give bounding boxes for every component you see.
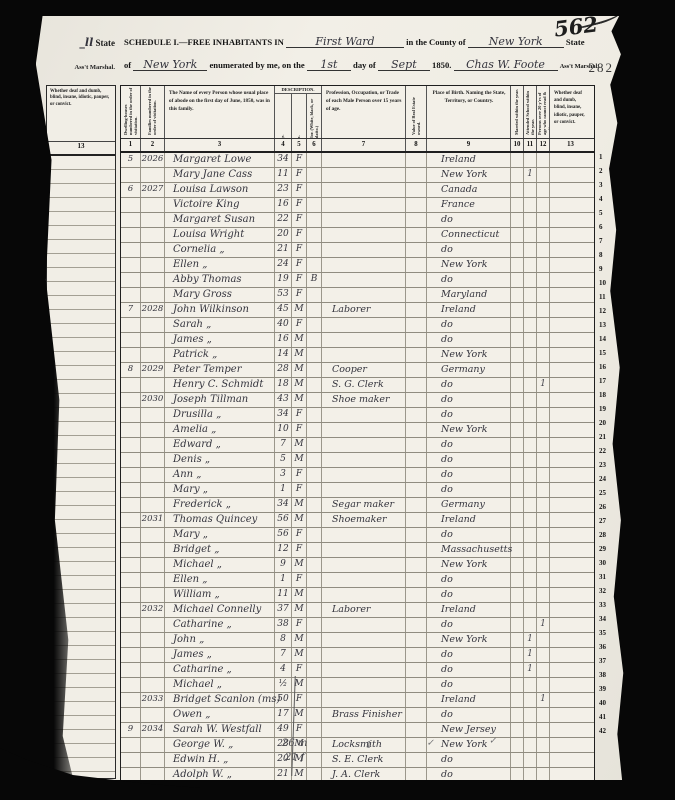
table-row: Amelia „10FNew York: [121, 423, 594, 438]
cell-age: 1: [275, 483, 292, 497]
cell-age: 16: [275, 198, 292, 212]
cell-realestate: [406, 528, 427, 542]
cell-color: B: [307, 273, 322, 287]
cell-occupation: S. E. Clerk: [322, 753, 406, 767]
cell-birthplace: Canada: [427, 183, 511, 197]
cell-realestate: [406, 693, 427, 707]
cell-dwelling: [121, 228, 141, 242]
cell-remarks: [550, 378, 591, 392]
census-page-scan: _ll State Ass't Marshal. Whether deaf an…: [36, 16, 628, 780]
printed-page-number: 282: [589, 60, 615, 76]
cell-remarks: [550, 768, 591, 782]
line-number: 2: [599, 164, 615, 178]
cell-illiterate-tick: [537, 768, 550, 782]
county-field: New York: [468, 36, 564, 48]
cell-family: [141, 618, 165, 632]
table-row: Mary „1Fdo: [121, 483, 594, 498]
cell-remarks: [550, 438, 591, 452]
cell-school-tick: [524, 438, 537, 452]
cell-dwelling: [121, 663, 141, 677]
cell-married-tick: [511, 558, 524, 572]
cell-age: 18: [275, 378, 292, 392]
cell-dwelling: [121, 708, 141, 722]
cell-age: 28: [275, 363, 292, 377]
cell-color: [307, 663, 322, 677]
cell-family: [141, 213, 165, 227]
cell-occupation: [322, 153, 406, 167]
cell-illiterate-tick: [537, 723, 550, 737]
cell-occupation: [322, 453, 406, 467]
previous-page-state-label: _ll State: [79, 36, 115, 49]
cell-color: [307, 153, 322, 167]
cell-dwelling: [121, 378, 141, 392]
cell-realestate: [406, 318, 427, 332]
line-number: 13: [599, 318, 615, 332]
cell-school-tick: 1: [524, 168, 537, 182]
cell-married-tick: [511, 303, 524, 317]
male-tally: 26 m: [282, 738, 307, 749]
cell-occupation: [322, 438, 406, 452]
cell-married-tick: [511, 573, 524, 587]
cell-remarks: [550, 588, 591, 602]
cell-dwelling: [121, 273, 141, 287]
cell-color: [307, 708, 322, 722]
cell-birthplace: Connecticut: [427, 228, 511, 242]
cell-occupation: [322, 483, 406, 497]
cell-birthplace: New York: [427, 348, 511, 362]
cell-remarks: [550, 318, 591, 332]
cell-color: [307, 528, 322, 542]
cell-birthplace: France: [427, 198, 511, 212]
column-number: 3: [165, 139, 275, 151]
cell-married-tick: [511, 708, 524, 722]
table-row: Mary „56Fdo: [121, 528, 594, 543]
cell-name: Victoire King: [165, 198, 275, 212]
cell-name: Margaret Susan: [165, 213, 275, 227]
cell-name: Michael „: [165, 678, 275, 692]
cell-sex: F: [292, 258, 307, 272]
cell-school-tick: [524, 423, 537, 437]
cell-realestate: [406, 648, 427, 662]
cell-school-tick: [524, 303, 537, 317]
line-number: 17: [599, 374, 615, 388]
cell-color: [307, 408, 322, 422]
line-number: 8: [599, 248, 615, 262]
cell-family: [141, 768, 165, 782]
table-row: William „11Mdo: [121, 588, 594, 603]
cell-remarks: [550, 153, 591, 167]
line-number: 29: [599, 542, 615, 556]
cell-family: 2026: [141, 153, 165, 167]
cell-sex: M: [292, 633, 307, 647]
cell-dwelling: [121, 198, 141, 212]
cell-illiterate-tick: [537, 303, 550, 317]
cell-married-tick: [511, 678, 524, 692]
cell-remarks: [550, 648, 591, 662]
column-number: 8: [406, 139, 427, 151]
cell-age: 24: [275, 258, 292, 272]
ward-field: First Ward: [286, 36, 404, 48]
line-number: 26: [599, 500, 615, 514]
cell-realestate: [406, 663, 427, 677]
col-age-header: Age.: [275, 94, 292, 138]
cell-name: Mary „: [165, 483, 275, 497]
cell-realestate: [406, 408, 427, 422]
table-row: Ellen „24FNew York: [121, 258, 594, 273]
cell-school-tick: [524, 723, 537, 737]
cell-dwelling: [121, 438, 141, 452]
cell-realestate: [406, 678, 427, 692]
cell-remarks: [550, 513, 591, 527]
cell-illiterate-tick: [537, 273, 550, 287]
cell-color: [307, 543, 322, 557]
cell-realestate: [406, 363, 427, 377]
cell-family: [141, 348, 165, 362]
line-number: 39: [599, 682, 615, 696]
cell-family: [141, 423, 165, 437]
cell-school-tick: [524, 528, 537, 542]
cell-dwelling: [121, 288, 141, 302]
cell-dwelling: [121, 588, 141, 602]
cell-dwelling: [121, 603, 141, 617]
cell-dwelling: [121, 213, 141, 227]
cell-remarks: [550, 468, 591, 482]
table-row: Catharine „4Fdo1: [121, 663, 594, 678]
cell-name: Peter Temper: [165, 363, 275, 377]
cell-remarks: [550, 693, 591, 707]
cell-remarks: [550, 528, 591, 542]
cell-birthplace: do: [427, 483, 511, 497]
cell-illiterate-tick: [537, 483, 550, 497]
line-number: 22: [599, 444, 615, 458]
cell-birthplace: do: [427, 378, 511, 392]
cell-color: [307, 768, 322, 782]
col-birthplace-header: Place of Birth. Naming the State, Territ…: [427, 86, 511, 138]
cell-occupation: [322, 333, 406, 347]
cell-school-tick: [524, 678, 537, 692]
cell-family: [141, 648, 165, 662]
cell-sex: M: [292, 648, 307, 662]
cell-age: 11: [275, 588, 292, 602]
cell-illiterate-tick: [537, 363, 550, 377]
table-row: 2033Bridget Scanlon (ms)50FIreland1: [121, 693, 594, 708]
line-number: 40: [599, 696, 615, 710]
cell-school-tick: [524, 333, 537, 347]
cell-occupation: [322, 558, 406, 572]
cell-realestate: [406, 288, 427, 302]
cell-age: 34: [275, 498, 292, 512]
cell-realestate: [406, 723, 427, 737]
cell-married-tick: [511, 453, 524, 467]
cell-name: Michael Connelly: [165, 603, 275, 617]
cell-name: John „: [165, 633, 275, 647]
cell-remarks: [550, 303, 591, 317]
cell-school-tick: [524, 573, 537, 587]
cell-dwelling: [121, 393, 141, 407]
cell-dwelling: [121, 648, 141, 662]
cell-birthplace: do: [427, 573, 511, 587]
cell-age: 8: [275, 633, 292, 647]
cell-age: 21: [275, 243, 292, 257]
cell-school-tick: 1: [524, 648, 537, 662]
cell-birthplace: do: [427, 753, 511, 767]
cell-realestate: [406, 183, 427, 197]
cell-name: Henry C. Schmidt: [165, 378, 275, 392]
cell-sex: F: [292, 273, 307, 287]
table-row: Abby Thomas19FBdo: [121, 273, 594, 288]
cell-sex: F: [292, 543, 307, 557]
cell-name: James „: [165, 648, 275, 662]
col-occupation-header: Profession, Occupation, or Trade of each…: [322, 86, 406, 138]
table-row: 82029Peter Temper28MCooperGermany: [121, 363, 594, 378]
cell-age: 53: [275, 288, 292, 302]
cell-name: Sarah „: [165, 318, 275, 332]
cell-remarks: [550, 603, 591, 617]
cell-illiterate-tick: [537, 738, 550, 752]
line-number: 41: [599, 710, 615, 724]
cell-color: [307, 558, 322, 572]
cell-color: [307, 603, 322, 617]
cell-color: [307, 753, 322, 767]
cell-realestate: [406, 213, 427, 227]
cell-illiterate-tick: [537, 318, 550, 332]
cell-illiterate-tick: [537, 228, 550, 242]
cell-age: 34: [275, 153, 292, 167]
cell-color: [307, 648, 322, 662]
cell-name: Amelia „: [165, 423, 275, 437]
cell-dwelling: [121, 498, 141, 512]
cell-illiterate-tick: [537, 183, 550, 197]
cell-name: Ellen „: [165, 573, 275, 587]
col-family-header: Families numbered in the order of visita…: [141, 86, 165, 138]
cell-remarks: [550, 558, 591, 572]
column-number: 10: [511, 139, 524, 151]
cell-birthplace: Ireland: [427, 603, 511, 617]
column-number: 2: [141, 139, 165, 151]
cell-married-tick: [511, 438, 524, 452]
cell-remarks: [550, 753, 591, 767]
cell-age: 37: [275, 603, 292, 617]
cell-sex: F: [292, 618, 307, 632]
table-row: Edward „7Mdo: [121, 438, 594, 453]
cell-family: 2029: [141, 363, 165, 377]
cell-remarks: [550, 618, 591, 632]
cell-married-tick: [511, 273, 524, 287]
cell-school-tick: [524, 558, 537, 572]
column-number: 6: [307, 139, 322, 151]
cell-birthplace: do: [427, 468, 511, 482]
col-sex-header: Sex.: [292, 94, 307, 138]
scanned-census-screenshot: { "page": { "folio_handwritten": "562", …: [0, 0, 675, 800]
cell-name: Frederick „: [165, 498, 275, 512]
table-header: Dwelling-houses numbered in the order of…: [121, 86, 594, 138]
cell-family: [141, 558, 165, 572]
cell-illiterate-tick: [537, 333, 550, 347]
cell-realestate: [406, 483, 427, 497]
cell-married-tick: [511, 228, 524, 242]
cell-remarks: [550, 288, 591, 302]
cell-name: Margaret Lowe: [165, 153, 275, 167]
cell-name: Catharine „: [165, 618, 275, 632]
cell-remarks: [550, 393, 591, 407]
cell-family: [141, 708, 165, 722]
cell-sex: M: [292, 558, 307, 572]
cell-occupation: Laborer: [322, 303, 406, 317]
cell-illiterate-tick: [537, 468, 550, 482]
table-row: 92034Sarah W. Westfall49FNew Jersey: [121, 723, 594, 738]
cell-sex: F: [292, 243, 307, 257]
cell-school-tick: [524, 378, 537, 392]
cell-color: [307, 213, 322, 227]
cell-illiterate-tick: 1: [537, 693, 550, 707]
cell-age: 5: [275, 453, 292, 467]
cell-sex: M: [292, 333, 307, 347]
cell-sex: M: [292, 453, 307, 467]
cell-realestate: [406, 513, 427, 527]
cell-married-tick: [511, 213, 524, 227]
cell-married-tick: [511, 753, 524, 767]
cell-sex: F: [292, 153, 307, 167]
cell-name: Owen „: [165, 708, 275, 722]
cell-sex: M: [292, 513, 307, 527]
col-illiterate-header: Persons over 20 y'rs of age who cannot r…: [537, 86, 550, 138]
cell-married-tick: [511, 183, 524, 197]
cell-sex: M: [292, 438, 307, 452]
cell-family: [141, 438, 165, 452]
cell-illiterate-tick: [537, 528, 550, 542]
cell-family: 2032: [141, 603, 165, 617]
cell-birthplace: do: [427, 663, 511, 677]
cell-dwelling: [121, 318, 141, 332]
cell-dwelling: [121, 348, 141, 362]
table-row: Patrick „14MNew York: [121, 348, 594, 363]
cell-name: Joseph Tillman: [165, 393, 275, 407]
cell-married-tick: [511, 483, 524, 497]
cell-birthplace: Ireland: [427, 513, 511, 527]
cell-remarks: [550, 663, 591, 677]
cell-realestate: [406, 393, 427, 407]
cell-occupation: [322, 543, 406, 557]
cell-sex: F: [292, 168, 307, 182]
cell-remarks: [550, 363, 591, 377]
line-number: 31: [599, 570, 615, 584]
cell-family: [141, 228, 165, 242]
cell-birthplace: New York: [427, 558, 511, 572]
cell-family: 2031: [141, 513, 165, 527]
cell-remarks: [550, 678, 591, 692]
cell-occupation: [322, 723, 406, 737]
cell-age: 10: [275, 423, 292, 437]
cell-color: [307, 303, 322, 317]
col-dwelling-header: Dwelling-houses numbered in the order of…: [121, 86, 141, 138]
table-row: Sarah „40Fdo: [121, 318, 594, 333]
cell-occupation: [322, 168, 406, 182]
cell-sex: F: [292, 573, 307, 587]
cell-family: 2027: [141, 183, 165, 197]
cell-dwelling: [121, 618, 141, 632]
day-field: 1st: [307, 59, 351, 71]
handwritten-folio-number: 562: [553, 11, 600, 41]
cell-sex: F: [292, 423, 307, 437]
cell-dwelling: [121, 168, 141, 182]
line-number: 12: [599, 304, 615, 318]
col-realestate-header: Value of Real Estate owned.: [406, 86, 427, 138]
cell-occupation: [322, 423, 406, 437]
cell-illiterate-tick: [537, 438, 550, 452]
cell-age: 40: [275, 318, 292, 332]
line-number: 33: [599, 598, 615, 612]
cell-remarks: [550, 168, 591, 182]
cell-birthplace: do: [427, 588, 511, 602]
line-number: 37: [599, 654, 615, 668]
cell-family: 2034: [141, 723, 165, 737]
cell-color: [307, 168, 322, 182]
cell-remarks: [550, 183, 591, 197]
line-number: 15: [599, 346, 615, 360]
cell-name: James „: [165, 333, 275, 347]
cell-illiterate-tick: [537, 198, 550, 212]
cell-name: John Wilkinson: [165, 303, 275, 317]
cell-name: Michael „: [165, 558, 275, 572]
cell-occupation: Cooper: [322, 363, 406, 377]
cell-realestate: [406, 153, 427, 167]
cell-illiterate-tick: [537, 573, 550, 587]
cell-color: [307, 288, 322, 302]
cell-school-tick: [524, 393, 537, 407]
cell-realestate: [406, 273, 427, 287]
cell-dwelling: [121, 573, 141, 587]
cell-occupation: Laborer: [322, 603, 406, 617]
cell-age: 7: [275, 438, 292, 452]
female-tally: 21 f: [285, 752, 305, 763]
cell-name: Louisa Lawson: [165, 183, 275, 197]
cell-birthplace: do: [427, 528, 511, 542]
cell-sex: M: [292, 378, 307, 392]
cell-name: Mary „: [165, 528, 275, 542]
cell-birthplace: do: [427, 453, 511, 467]
cell-illiterate-tick: [537, 213, 550, 227]
cell-married-tick: [511, 333, 524, 347]
cell-remarks: [550, 723, 591, 737]
table-row: Drusilla „34Fdo: [121, 408, 594, 423]
cell-realestate: [406, 753, 427, 767]
cell-age: 56: [275, 528, 292, 542]
cell-color: [307, 228, 322, 242]
cell-name: Louisa Wright: [165, 228, 275, 242]
schedule-label: Schedule I.—Free Inhabitants in: [124, 37, 284, 47]
cell-name: Edwin H. „: [165, 753, 275, 767]
cell-married-tick: [511, 153, 524, 167]
cell-color: [307, 243, 322, 257]
cell-sex: F: [292, 198, 307, 212]
cell-realestate: [406, 543, 427, 557]
cell-married-tick: [511, 198, 524, 212]
cell-sex: M: [292, 588, 307, 602]
line-number: 36: [599, 640, 615, 654]
cell-occupation: [322, 273, 406, 287]
cell-illiterate-tick: [537, 348, 550, 362]
census-table: Dwelling-houses numbered in the order of…: [120, 85, 595, 783]
cell-birthplace: do: [427, 318, 511, 332]
cell-married-tick: [511, 348, 524, 362]
table-row: Henry C. Schmidt18MS. G. Clerkdo1: [121, 378, 594, 393]
cell-family: [141, 453, 165, 467]
column-number: 4: [275, 139, 292, 151]
cell-school-tick: [524, 618, 537, 632]
cell-married-tick: [511, 363, 524, 377]
cell-color: [307, 453, 322, 467]
table-row: Margaret Susan22Fdo: [121, 213, 594, 228]
